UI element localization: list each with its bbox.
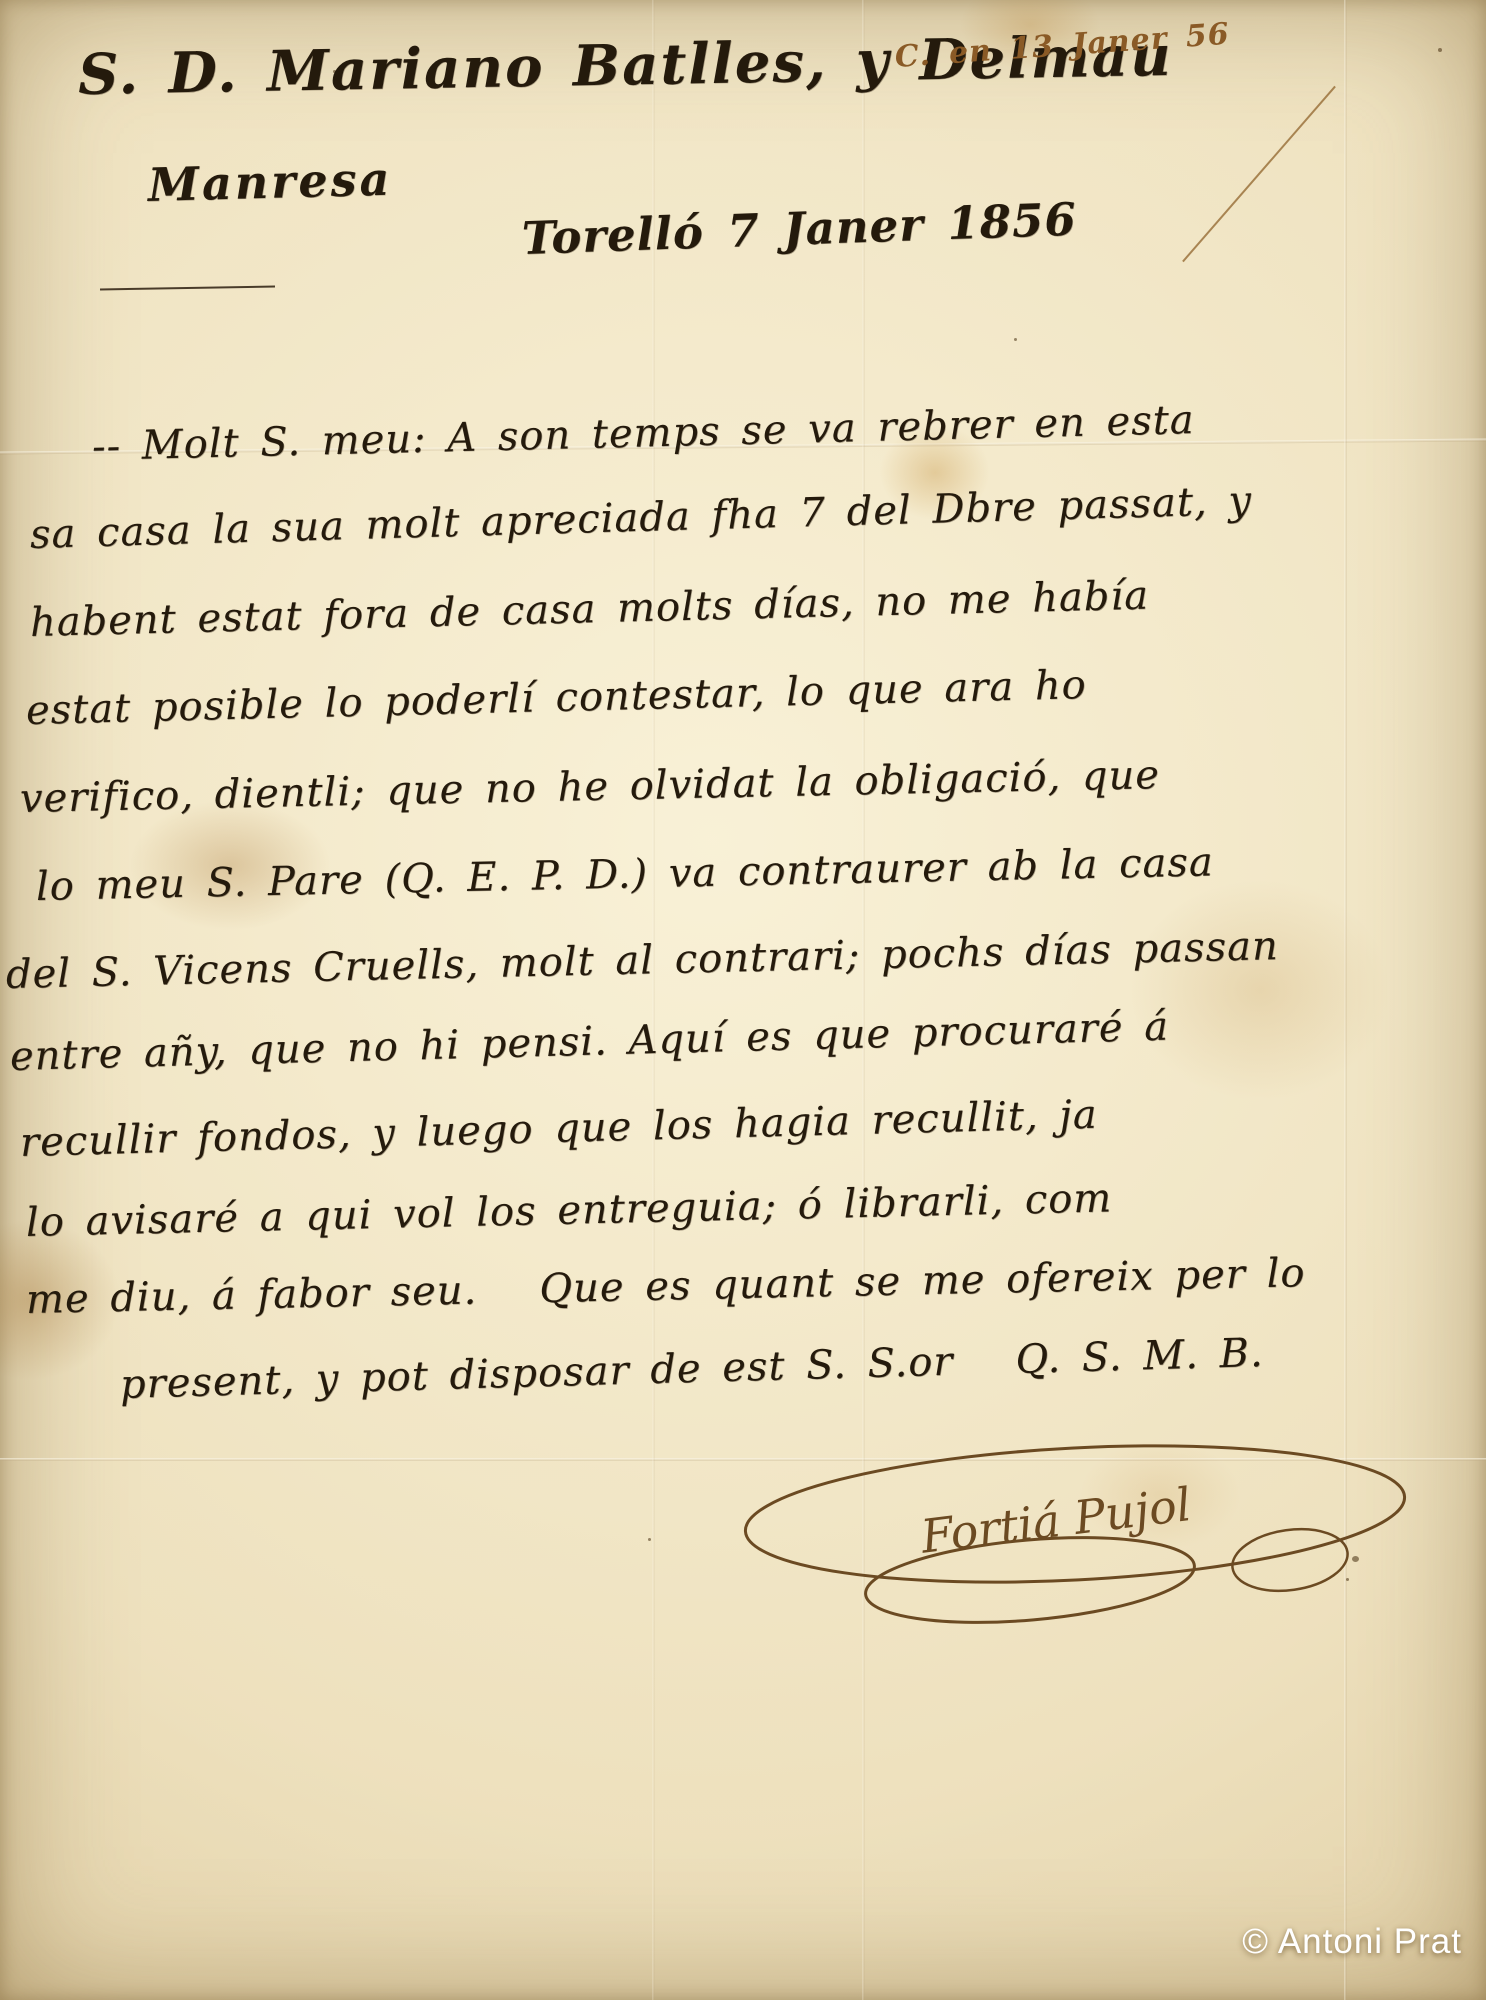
- letter-page: S. D. Mariano Batlles, y Delmau Manresa …: [0, 0, 1486, 2000]
- fold-crease-vertical-center: [862, 0, 865, 2000]
- signature-name: Fortiá Pujol: [917, 1477, 1194, 1564]
- ink-stroke: [1182, 86, 1336, 262]
- addressee-underline: [100, 285, 275, 290]
- copyright-watermark: © Antoni Prat: [1242, 1922, 1462, 1962]
- addressee-city: Manresa: [147, 152, 393, 212]
- ink-speck: [648, 1538, 651, 1541]
- body-line: estat posible lo poderlí contestar, lo q…: [25, 662, 1087, 734]
- body-line: recullir fondos, y luego que los hagia r…: [19, 1092, 1098, 1166]
- ink-speck: [1438, 48, 1442, 52]
- body-line: present, y pot disposar de est S. S.or Q…: [119, 1330, 1264, 1408]
- body-line: me diu, á fabor seu. Que es quant se me …: [26, 1250, 1306, 1323]
- body-line: lo avisaré a qui vol los entreguia; ó li…: [25, 1175, 1112, 1246]
- body-line: entre añy, que no hi pensi. Aquí es que …: [9, 1004, 1169, 1080]
- body-line: -- Molt S. meu: A son temps se va rebrer…: [91, 397, 1195, 470]
- fold-crease-vertical-left: [652, 0, 655, 2000]
- body-line: del S. Vicens Cruells, molt al contrari;…: [5, 923, 1279, 998]
- dateline: Torelló 7 Janer 1856: [521, 193, 1077, 265]
- body-line: verifico, dientli; que no he olvidat la …: [20, 752, 1161, 822]
- ink-speck: [1014, 338, 1017, 341]
- paper-stain: [1130, 880, 1390, 1100]
- signature-flourish: Fortiá Pujol: [730, 1412, 1420, 1652]
- body-line: habent estat fora de casa molts días, no…: [29, 573, 1149, 646]
- body-line: sa casa la sua molt apreciada fha 7 del …: [29, 478, 1252, 558]
